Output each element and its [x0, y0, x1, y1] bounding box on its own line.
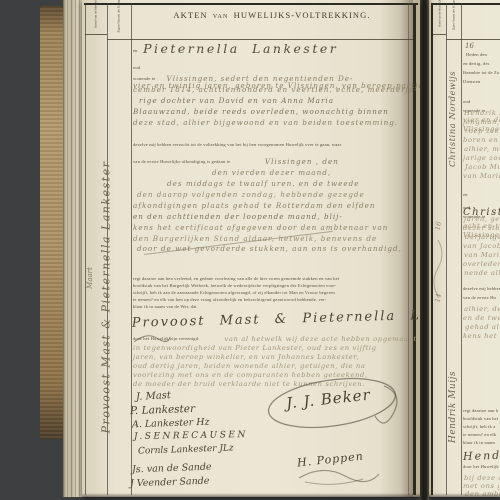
frame-top [84, 3, 418, 5]
witness-signature: H. Poppen [297, 450, 365, 470]
col1-header-underline [433, 34, 446, 35]
margin-col2-header-box: Eigen Namen der Echtgenooten. [108, 5, 130, 38]
script-line: overleden, wo- [463, 260, 500, 268]
printed-line: klaar ik in naam van de Wet, dat [133, 305, 197, 310]
script-line: met ons geteekend [463, 482, 500, 490]
bride-name: Pieternella Lankester [143, 41, 338, 56]
script-line: jaren, geboren te [464, 215, 500, 223]
printed-line: regt daartoe aan hen verleend, en gedane… [133, 277, 339, 282]
col2-header-underline [446, 39, 461, 40]
printed-line: Beambte tot de Za [463, 71, 499, 76]
page-title: AKTEN van HUWELIJKS-VOLTREKKING. [131, 10, 413, 20]
printed-line: schrijft, heb ik a [463, 425, 495, 430]
handwriting: door de wet gevorderde stukken, aan ons … [137, 244, 402, 253]
printed-line: dezelve mij hebben verzocht tot de voltr… [133, 143, 341, 148]
margin-flourish [431, 238, 445, 298]
script-line: jarige zoon van [463, 154, 500, 162]
act-number: 16 [465, 42, 474, 50]
printed-line: klaar ik in naam [463, 441, 495, 446]
script-line: Jacob Muijs en [465, 163, 500, 171]
printed-line: te nemen? en elk [463, 433, 496, 438]
register-scan: Stand van de Huwelijks-Voltrekking. Eige… [0, 0, 500, 500]
header-underline [461, 39, 500, 40]
script-line: derjarige dochter [465, 233, 500, 241]
witness-signature-block: H. Poppen [297, 450, 364, 468]
signature: Cornls Lankester JLz [138, 443, 234, 456]
vow-name: Hendrik [463, 448, 500, 463]
margin-col1-header: Stand van de Huwelijks-Voltrekking. [438, 11, 441, 28]
signature: J Veender Sande [130, 476, 210, 490]
script-line: alhier, den vierden [464, 305, 500, 313]
printed-line: hoofdstuk van het [463, 417, 498, 422]
margin-col1-header-box: Stand van de Huwelijks-Voltrekking. [433, 5, 446, 33]
printed-line: door het Huwelijk [463, 465, 499, 470]
script-line: van Jacob en [463, 242, 500, 250]
printed-line: Heden den [466, 53, 487, 58]
page-edge-stack [63, 0, 82, 497]
left-page: Stand van de Huwelijks-Voltrekking. Eige… [82, 0, 420, 497]
margin-col2-header: Eigen Namen der Echtgenooten. [452, 12, 455, 31]
printed-line: te nemen? en elk van hen op deze vraag a… [133, 298, 326, 303]
book-spine-edge [40, 6, 63, 439]
right-page: Stand van de Huwelijks-Voltrekking. Eige… [429, 0, 500, 497]
signature: J. Mast [136, 390, 171, 403]
margin-note-top: Christina Nordewijs [448, 50, 458, 188]
script-line: Hendrik Muijs, [464, 109, 500, 117]
script-line: jongman, van be- [463, 118, 500, 126]
printed-line: dezelve mij hebben [463, 287, 500, 292]
signature: Js. van de Sande [132, 462, 212, 476]
script-line: dezer stad, meer- [463, 224, 500, 232]
col1-header-underline [85, 34, 107, 35]
intro-line: deze stad, alhier bijgewoond en van beid… [133, 112, 398, 130]
script-line: door de wet gevorderde stukken, aan ons … [137, 238, 402, 256]
margin-note-bottom: Hendrik Muijs [448, 336, 458, 478]
intro-lead: en [133, 49, 138, 54]
col2-header-underline [107, 39, 131, 40]
handwriting: deze stad, alhier bijgewoond en van beid… [133, 118, 398, 127]
signature: J.SENRECAUSEN [134, 430, 248, 442]
printed-line: schrijft, heb ik aan de aanstaande Echtg… [133, 291, 335, 296]
script-line: van Maria, beide [464, 251, 500, 259]
printed-line: Diensten [463, 80, 480, 85]
margin-note-top-box: Christina Nordewijs [444, 50, 462, 188]
printed-line: van de eerste Hu [463, 296, 496, 301]
intro-line-1: en Pieternella Lankester [133, 40, 338, 58]
script-line: boren en wonende [463, 136, 500, 144]
script-line: van Maria, beide [463, 172, 500, 180]
margin-col2-header-box: Eigen Namen der Echtgenooten. [447, 5, 460, 37]
margin-names-note-box: Provoost Mast & Pieternella Lankester [88, 104, 124, 490]
script-line: gehad alhier, blij- [465, 323, 500, 331]
script-line: en de tweede den [463, 314, 500, 322]
script-line: den ambtenaar [465, 490, 500, 497]
signature: A. Lankester Hz [132, 417, 210, 431]
margin-mark: 16 [434, 221, 443, 231]
margin-col2-header: Eigen Namen der Echtgenooten. [117, 11, 121, 32]
printed-line: en dertig, des [463, 62, 490, 67]
script-line: alhier, meerder- [464, 145, 500, 153]
margin-col1-header-box: Stand van de Huwelijks-Voltrekking. [86, 5, 106, 33]
script-line: roep zeeman, ge- [465, 127, 500, 135]
margin-note-bottom-box: Hendrik Muijs [444, 336, 462, 478]
printed-line: hoofdstuk van het Burgerlijk Wetboek, he… [133, 284, 337, 289]
signature-swash [293, 468, 383, 486]
binding-gutter [420, 0, 429, 500]
margin-col1-header: Stand van de Huwelijks-Voltrekking. [94, 10, 98, 29]
official-signature-block: J. J. Beker [260, 372, 416, 434]
margin-names-note: Provoost Mast & Pieternella Lankester [100, 104, 113, 490]
printed-line: regt daartoe aan h [463, 409, 498, 414]
script-line: bij deze acte is [464, 474, 500, 482]
signature: P. Lankester [130, 403, 195, 417]
script-line: kens het bewijs [463, 332, 500, 340]
script-line: nende alhier, [464, 269, 500, 277]
